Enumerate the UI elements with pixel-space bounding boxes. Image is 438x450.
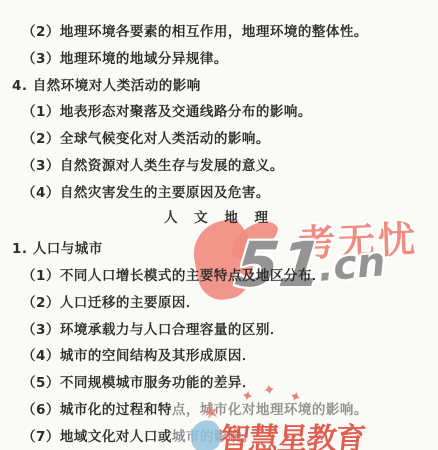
watermark-wisdom-text: 智慧星教育 [218, 414, 368, 450]
document-line: （3）自然资源对人类生存与发展的意义。 [0, 153, 438, 180]
line-text: （2）全球气候变化对人类活动的影响。 [22, 131, 270, 147]
line-text: （2）地理环境各要素的相互作用，地理环境的整体性。 [22, 24, 368, 40]
document-line: （2）人口迁移的主要原因． [0, 290, 438, 317]
document-line: （4）自然灾害发生的主要原因及危害。 [0, 180, 438, 207]
document-text: （2）地理环境各要素的相互作用，地理环境的整体性。（3）地理环境的地域分异规律。… [0, 0, 438, 450]
line-text: （3）自然资源对人类生存与发展的意义。 [22, 158, 284, 174]
line-text: （1）不同人口增长模式的主要特点及地区分布． [22, 268, 326, 284]
scanned-document-page: 考无忧 51 .cn （2）地理环境各要素的相互作用，地理环境的整体性。（3）地… [0, 0, 438, 450]
document-line: （2）地理环境各要素的相互作用，地理环境的整体性。 [0, 19, 438, 46]
line-text: （7）地域文化对人口或 [22, 429, 172, 445]
document-line: 1. 人口与城市 [0, 236, 438, 263]
document-line: 4. 自然环境对人类活动的影响 [0, 73, 438, 100]
document-line: （5）不同规模城市服务功能的差异． [0, 370, 438, 397]
section-heading: 人 文 地 理 [0, 206, 438, 236]
document-line: （3）地理环境的地域分异规律。 [0, 46, 438, 73]
line-text: 4. 自然环境对人类活动的影响 [12, 78, 201, 94]
document-line: （4）城市的空间结构及其形成原因． [0, 343, 438, 370]
line-text: （3）环境承载力与人口合理容量的区别． [22, 322, 284, 338]
document-line: （2）全球气候变化对人类活动的影响。 [0, 126, 438, 153]
line-text: 1. 人口与城市 [12, 241, 103, 257]
section-natural-geography: （2）地理环境各要素的相互作用，地理环境的整体性。（3）地理环境的地域分异规律。… [0, 19, 438, 206]
line-text: （4）城市的空间结构及其形成原因． [22, 348, 256, 364]
line-text: （1）地表形态对聚落及交通线路分布的影响。 [22, 104, 312, 120]
line-text: （3）地理环境的地域分异规律。 [22, 51, 228, 67]
line-text: （4）自然灾害发生的主要原因及危害。 [22, 185, 270, 201]
document-line: （1）地表形态对聚落及交通线路分布的影响。 [0, 99, 438, 126]
line-text: （2）人口迁移的主要原因． [22, 295, 200, 311]
line-text: （5）不同规模城市服务功能的差异． [22, 375, 256, 391]
document-line: （3）环境承载力与人口合理容量的区别． [0, 317, 438, 344]
line-text: （6）城市化的过程和特 [22, 402, 172, 418]
document-line: （1）不同人口增长模式的主要特点及地区分布． [0, 263, 438, 290]
